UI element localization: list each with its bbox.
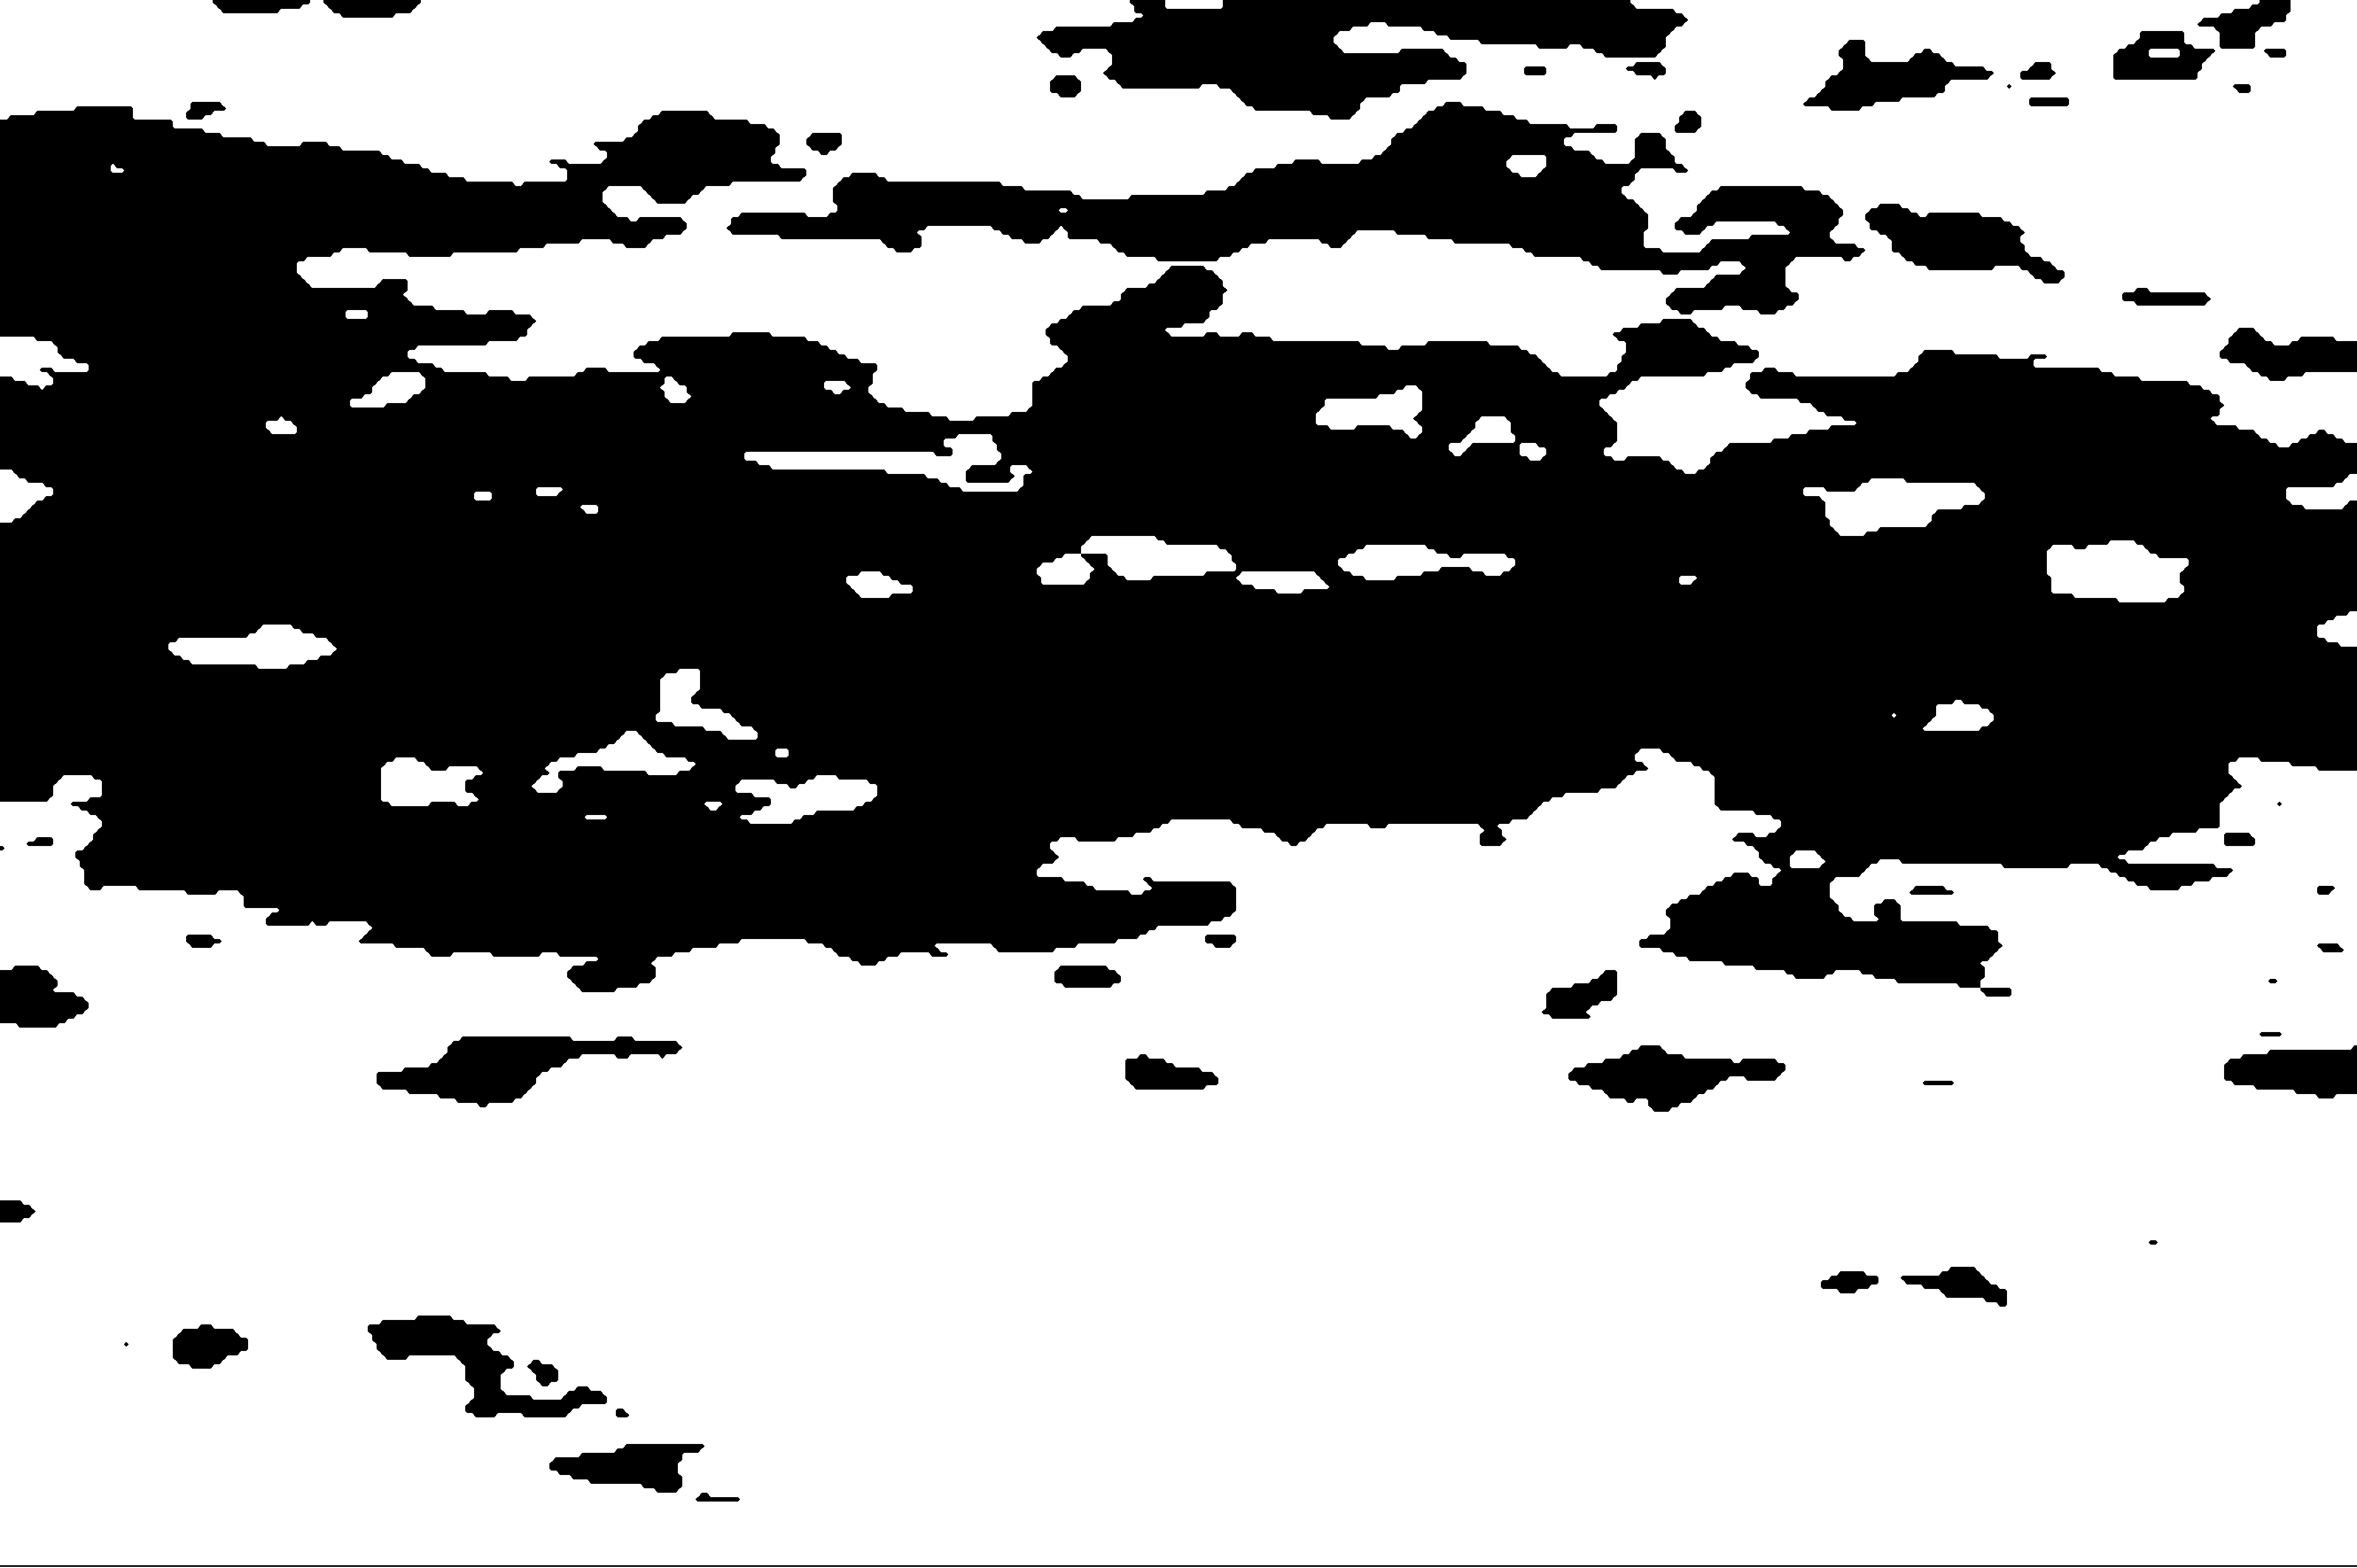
binarized-landscape-image — [0, 0, 2357, 1568]
bottom-edge-line — [0, 1565, 2357, 1567]
